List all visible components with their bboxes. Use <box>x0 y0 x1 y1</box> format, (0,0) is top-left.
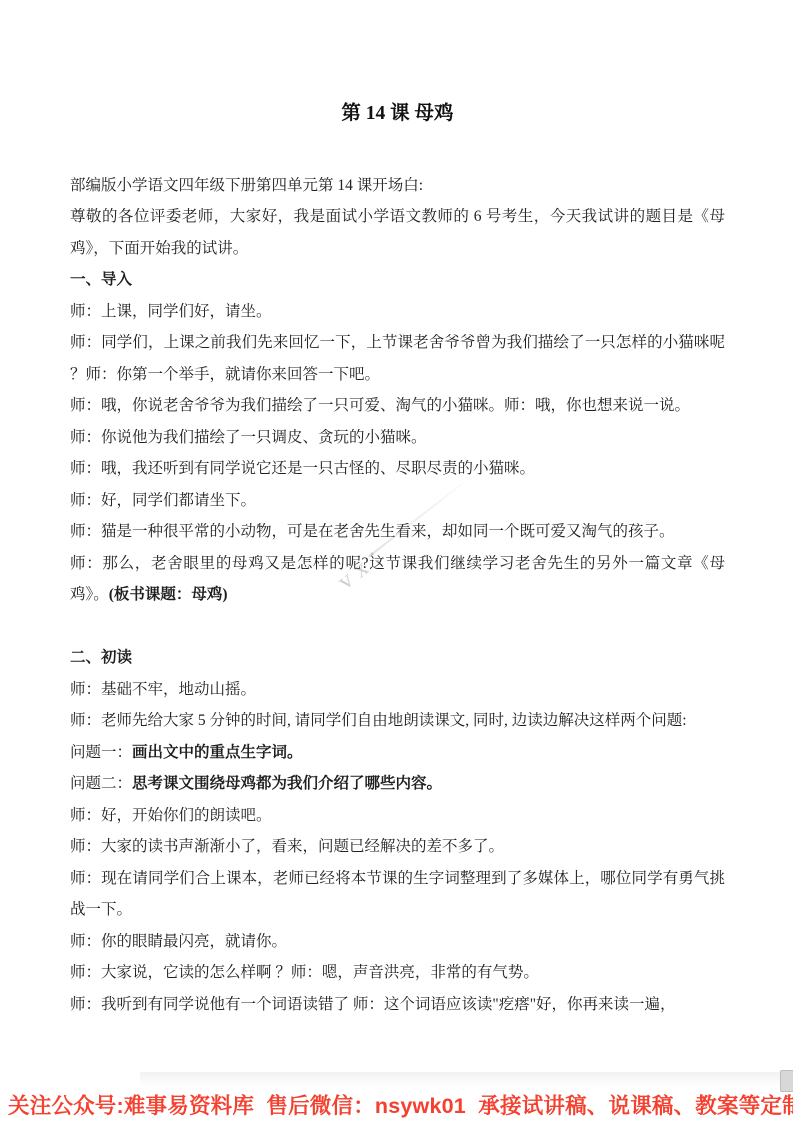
paragraph: 二、初读 <box>70 642 725 674</box>
paragraph-run: 问题一： <box>70 744 132 761</box>
paragraph-run: 师：猫是一种很平常的小动物，可是在老舍先生看来，却如同一个既可爱又淘气的孩子。 <box>70 523 675 540</box>
paragraph: 师：你说他为我们描绘了一只调皮、贪玩的小猫咪。 <box>70 422 725 454</box>
paragraph: 师：好，开始你们的朗读吧。 <box>70 800 725 832</box>
paragraph: 师：基础不牢，地动山摇。 <box>70 674 725 706</box>
paragraph-bold-run: 画出文中的重点生字词。 <box>132 744 303 761</box>
paragraph: 师：哦，你说老舍爷爷为我们描绘了一只可爱、淘气的小猫咪。师：哦，你也想来说一说。 <box>70 390 725 422</box>
paragraph: 师：大家说，它读的怎么样啊 ？师：嗯，声音洪亮，非常的有气势。 <box>70 957 725 989</box>
paragraph-run: 师：好，同学们都请坐下。 <box>70 492 256 509</box>
paragraph: 师：好，同学们都请坐下。 <box>70 485 725 517</box>
paragraph: 尊敬的各位评委老师，大家好，我是面试小学语文教师的 6 号考生，今天我试讲的题目… <box>70 201 725 264</box>
paragraph-run: 师：现在请同学们合上课本，老师已经将本节课的生字词整理到了多媒体上，哪位同学有勇… <box>70 870 725 919</box>
paragraph: 师：哦，我还听到有同学说它还是一只古怪的、尽职尽责的小猫咪。 <box>70 453 725 485</box>
paragraph-bold-run: (板书课题：母鸡) <box>109 586 228 603</box>
document-page: 第 14 课 母鸡 部编版小学语文四年级下册第四单元第 14 课开场白:尊敬的各… <box>0 0 793 1122</box>
document-body: 部编版小学语文四年级下册第四单元第 14 课开场白:尊敬的各位评委老师，大家好，… <box>70 170 725 1021</box>
paragraph: 师：你的眼睛最闪亮，就请你。 <box>70 926 725 958</box>
paragraph-run: 师：好，开始你们的朗读吧。 <box>70 807 272 824</box>
page-title: 第 14 课 母鸡 <box>70 98 725 130</box>
page-corner-widget <box>780 1070 793 1092</box>
paragraph-run: 问题二： <box>70 775 132 792</box>
paragraph-run: 师：老师先给大家 5 分钟的时间, 请同学们自由地朗读课文, 同时, 边读边解决… <box>70 712 687 729</box>
paragraph-run: 师：大家说，它读的怎么样啊 ？师：嗯，声音洪亮，非常的有气势。 <box>70 964 539 981</box>
paragraph: 部编版小学语文四年级下册第四单元第 14 课开场白: <box>70 170 725 202</box>
paragraph: 师：上课，同学们好，请坐。 <box>70 296 725 328</box>
paragraph-run: 部编版小学语文四年级下册第四单元第 14 课开场白: <box>70 177 423 194</box>
paragraph: 师：同学们，上课之前我们先来回忆一下，上节课老舍爷爷曾为我们描绘了一只怎样的小猫… <box>70 327 725 390</box>
promo-footer-text: 关注公众号:难事易资料库 售后微信：nsywk01 承接试讲稿、说课稿、教案等定… <box>0 1092 793 1121</box>
paragraph-run: 师：我听到有同学说他有一个词语读错了 师：这个词语应该读"疙瘩"好，你再来读一遍… <box>70 996 676 1013</box>
paragraph-run: 师：上课，同学们好，请坐。 <box>70 303 272 320</box>
bottom-shadow <box>140 1072 793 1088</box>
paragraph-run: 师：哦，我还听到有同学说它还是一只古怪的、尽职尽责的小猫咪。 <box>70 460 535 477</box>
promo-footer: 关注公众号:难事易资料库 售后微信：nsywk01 承接试讲稿、说课稿、教案等定… <box>0 1092 793 1122</box>
paragraph: 师：老师先给大家 5 分钟的时间, 请同学们自由地朗读课文, 同时, 边读边解决… <box>70 705 725 737</box>
paragraph-run: 师：大家的读书声渐渐小了，看来，问题已经解决的差不多了。 <box>70 838 504 855</box>
paragraph: 问题二：思考课文围绕母鸡都为我们介绍了哪些内容。 <box>70 768 725 800</box>
paragraph: 师：现在请同学们合上课本，老师已经将本节课的生字词整理到了多媒体上，哪位同学有勇… <box>70 863 725 926</box>
paragraph: 师：大家的读书声渐渐小了，看来，问题已经解决的差不多了。 <box>70 831 725 863</box>
paragraph-bold-run: 思考课文围绕母鸡都为我们介绍了哪些内容。 <box>132 775 442 792</box>
paragraph-run: 师：哦，你说老舍爷爷为我们描绘了一只可爱、淘气的小猫咪。师：哦，你也想来说一说。 <box>70 397 690 414</box>
paragraph-run: 师：基础不牢，地动山摇。 <box>70 681 256 698</box>
paragraph: 师：我听到有同学说他有一个词语读错了 师：这个词语应该读"疙瘩"好，你再来读一遍… <box>70 989 725 1021</box>
paragraph-run: 师：你的眼睛最闪亮，就请你。 <box>70 933 287 950</box>
paragraph-bold-run: 一、导入 <box>70 271 132 288</box>
paragraph: 问题一：画出文中的重点生字词。 <box>70 737 725 769</box>
paragraph-run: 尊敬的各位评委老师，大家好，我是面试小学语文教师的 6 号考生，今天我试讲的题目… <box>70 208 725 257</box>
paragraph-run: 师：同学们，上课之前我们先来回忆一下，上节课老舍爷爷曾为我们描绘了一只怎样的小猫… <box>70 334 729 383</box>
paragraph-run: 师：你说他为我们描绘了一只调皮、贪玩的小猫咪。 <box>70 429 427 446</box>
paragraph-bold-run: 二、初读 <box>70 649 132 666</box>
paragraph: 师：那么，老舍眼里的母鸡又是怎样的呢?这节课我们继续学习老舍先生的另外一篇文章《… <box>70 548 725 611</box>
paragraph: 一、导入 <box>70 264 725 296</box>
paragraph <box>70 611 725 643</box>
document-content: 第 14 课 母鸡 部编版小学语文四年级下册第四单元第 14 课开场白:尊敬的各… <box>70 98 725 1020</box>
